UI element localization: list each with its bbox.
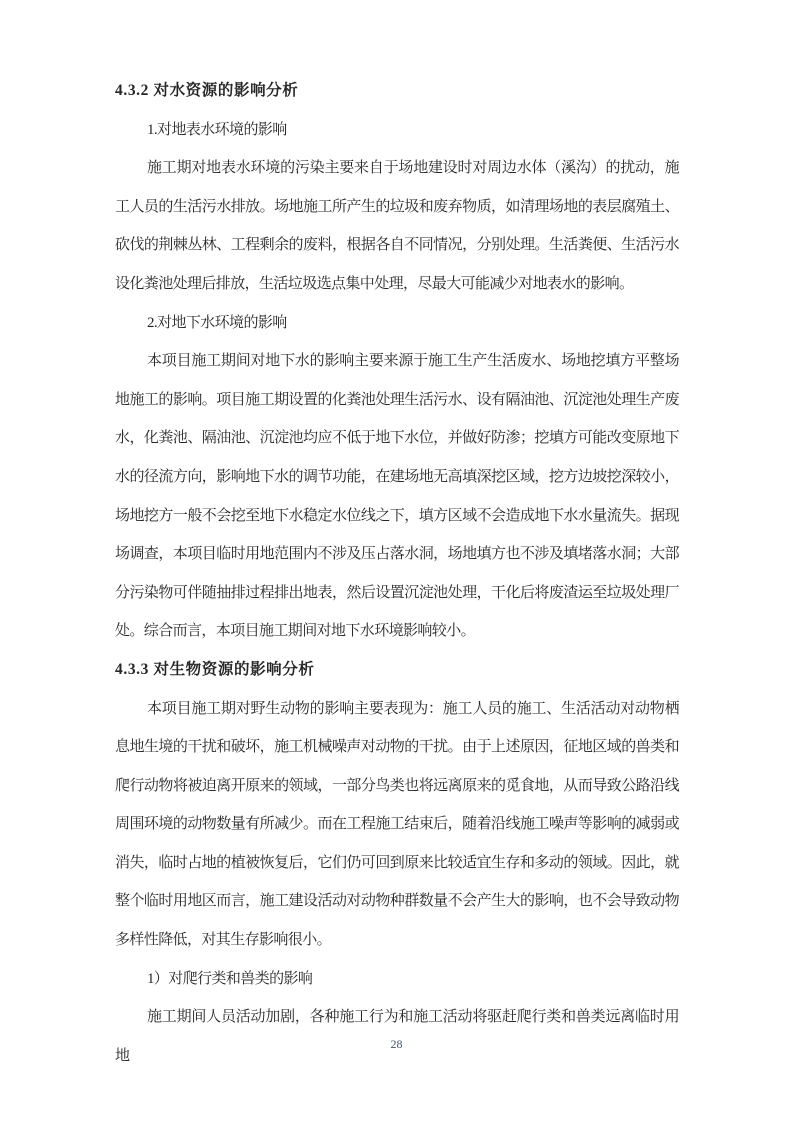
page-number: 28 <box>0 1036 793 1052</box>
subheading-surface-water: 1.对地表水环境的影响 <box>115 111 679 150</box>
paragraph-groundwater-impact: 本项目施工期间对地下水的影响主要来源于施工生产生活废水、场地挖填方平整场地施工的… <box>115 342 679 651</box>
document-body: 4.3.2 对水资源的影响分析 1.对地表水环境的影响 施工期对地表水环境的污染… <box>115 72 679 1075</box>
paragraph-wildlife-impact: 本项目施工期对野生动物的影响主要表现为：施工人员的施工、生活活动对动物栖息地生境… <box>115 690 679 960</box>
section-heading-water-resources: 4.3.2 对水资源的影响分析 <box>115 72 679 111</box>
subheading-groundwater: 2.对地下水环境的影响 <box>115 304 679 343</box>
section-heading-biological-resources: 4.3.3 对生物资源的影响分析 <box>115 651 679 690</box>
subheading-reptiles-mammals: 1）对爬行类和兽类的影响 <box>115 960 679 999</box>
paragraph-surface-water-impact: 施工期对地表水环境的污染主要来自于场地建设时对周边水体（溪沟）的扰动，施工人员的… <box>115 149 679 303</box>
document-page: 4.3.2 对水资源的影响分析 1.对地表水环境的影响 施工期对地表水环境的污染… <box>0 0 793 1121</box>
